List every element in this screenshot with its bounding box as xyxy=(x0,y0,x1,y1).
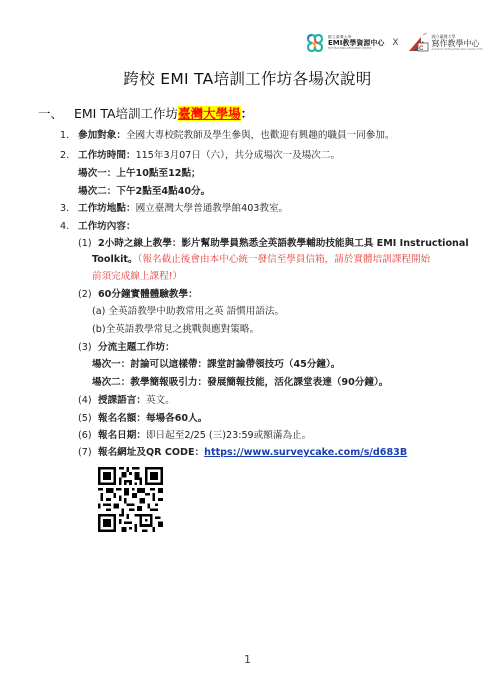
item-location: 3.工作坊地點：國立臺灣大學普通教學館403教室。 xyxy=(60,202,288,215)
section-heading-highlight: 臺灣大學場 xyxy=(178,106,241,121)
item-number: 4. xyxy=(60,220,78,233)
item-value: 115年3月07日（六），共分成場次一及場次二。 xyxy=(136,150,341,161)
part-number: (2) xyxy=(78,288,98,301)
part-value: 即日起至2/25 (三)23:59或額滿為止。 xyxy=(146,430,311,441)
item-number: 1. xyxy=(60,129,78,142)
item-number: 3. xyxy=(60,202,78,215)
document-page: 國立臺灣大學 EMI教學資源中心 EMI TEACHING RESOURCE C… xyxy=(0,0,495,700)
item-content: 4.工作坊內容： xyxy=(60,220,136,233)
section-heading-prefix: EMI TA培訓工作坊 xyxy=(74,106,178,121)
part-value: 英文。 xyxy=(146,395,175,406)
part-value: 每場各60人。 xyxy=(146,413,207,424)
section-heading-suffix: ： xyxy=(241,106,254,121)
part-label: 報名網址及QR CODE： xyxy=(98,447,204,458)
section-heading: 一、EMI TA培訓工作坊臺灣大學場： xyxy=(38,104,253,122)
writing-logo-main-text: 寫作教學中心 xyxy=(432,40,483,48)
svg-text:C: C xyxy=(419,46,424,52)
emi-center-logo: 國立臺灣大學 EMI教學資源中心 EMI TEACHING RESOURCE C… xyxy=(305,33,384,53)
part-label: 60分鐘實體體驗教學： xyxy=(98,289,198,300)
content-part-breakout: (3)分流主題工作坊： xyxy=(78,341,175,354)
item-participants: 1.參加對象：全國大專校院教師及學生參與，也歡迎有興趣的職員一同參加。 xyxy=(60,129,395,142)
registration-qr-code xyxy=(98,467,163,532)
part-label-cont: Toolkit。 xyxy=(92,254,138,265)
breakout-session-one: 場次一：討論可以這樣帶：課堂討論帶領技巧（45分鐘）。 xyxy=(92,358,340,371)
registration-link[interactable]: https://www.surveycake.com/s/d683B xyxy=(204,447,407,458)
item-time: 2.工作坊時間：115年3月07日（六），共分成場次一及場次二。 xyxy=(60,149,340,162)
session-two-time: 場次二：下午2點至4點40分。 xyxy=(78,185,210,198)
session-one-time: 場次一：上午10點至12點； xyxy=(78,167,201,180)
part-label: 報名日期： xyxy=(98,430,146,441)
emi-logo-main-text: EMI教學資源中心 xyxy=(328,40,384,47)
content-part-language: (4)授課語言：英文。 xyxy=(78,394,175,407)
part-number: (1) xyxy=(78,237,98,250)
item-label: 參加對象： xyxy=(78,130,126,141)
writing-logo-sub-text: Academic Writing Education Center, NTU xyxy=(432,49,483,52)
item-value: 全國大專校院教師及學生參與，也歡迎有興趣的職員一同參加。 xyxy=(126,130,395,141)
content-part-quota: (5)報名名額：每場各60人。 xyxy=(78,412,207,425)
writing-center-logo: C 國立臺灣大學 寫作教學中心 Academic Writing Educati… xyxy=(407,33,483,53)
header-logos: 國立臺灣大學 EMI教學資源中心 EMI TEACHING RESOURCE C… xyxy=(305,30,483,56)
breakout-session-two: 場次二：教學簡報吸引力：發展簡報技能，活化課堂表達（90分鐘）。 xyxy=(92,376,388,389)
section-number: 一、 xyxy=(38,104,74,122)
page-number: 1 xyxy=(0,653,495,666)
item-label: 工作坊內容： xyxy=(78,221,136,232)
part-label: 授課語言： xyxy=(98,395,146,406)
item-number: 2. xyxy=(60,149,78,162)
page-title: 跨校 EMI TA培訓工作坊各場次說明 xyxy=(0,67,495,89)
part-label: 2小時之線上教學：影片幫助學員熟悉全英語教學輔助技能與工具 EMI Instru… xyxy=(98,238,469,249)
online-course-note: （報名截止後會由本中心統一發信至學員信箱，請於實體培訓課程開始 xyxy=(138,254,431,265)
part-number: (4) xyxy=(78,394,98,407)
emi-logo-sub-text: EMI TEACHING RESOURCE CENTER xyxy=(328,48,384,51)
writing-center-logo-icon: C xyxy=(407,33,429,53)
part-number: (5) xyxy=(78,412,98,425)
part-number: (3) xyxy=(78,341,98,354)
content-part-registration-url: (7)報名網址及QR CODE：https://www.surveycake.c… xyxy=(78,446,407,459)
item-label: 工作坊時間： xyxy=(78,150,136,161)
emi-logo-icon xyxy=(305,33,325,53)
item-value: 國立臺灣大學普通教學館403教室。 xyxy=(136,203,289,214)
content-part-online: (1)2小時之線上教學：影片幫助學員熟悉全英語教學輔助技能與工具 EMI Ins… xyxy=(78,237,469,250)
content-part-registration-date: (6)報名日期：即日起至2/25 (三)23:59或額滿為止。 xyxy=(78,429,311,442)
online-course-note-cont: 前須完成線上課程!） xyxy=(92,270,182,283)
item-label: 工作坊地點： xyxy=(78,203,136,214)
inperson-sub-a: (a) 全英語教學中助教常用之英 語慣用語法。 xyxy=(92,305,284,318)
part-number: (6) xyxy=(78,429,98,442)
logo-separator: X xyxy=(392,38,398,48)
part-number: (7) xyxy=(78,446,98,459)
inperson-sub-b: (b)全英語教學常見之挑戰與應對策略。 xyxy=(92,323,259,336)
part-label: 分流主題工作坊： xyxy=(98,342,175,353)
content-part-inperson: (2)60分鐘實體體驗教學： xyxy=(78,288,198,301)
part-label: 報名名額： xyxy=(98,413,146,424)
content-part-online-cont: Toolkit。（報名截止後會由本中心統一發信至學員信箱，請於實體培訓課程開始 xyxy=(92,253,430,266)
